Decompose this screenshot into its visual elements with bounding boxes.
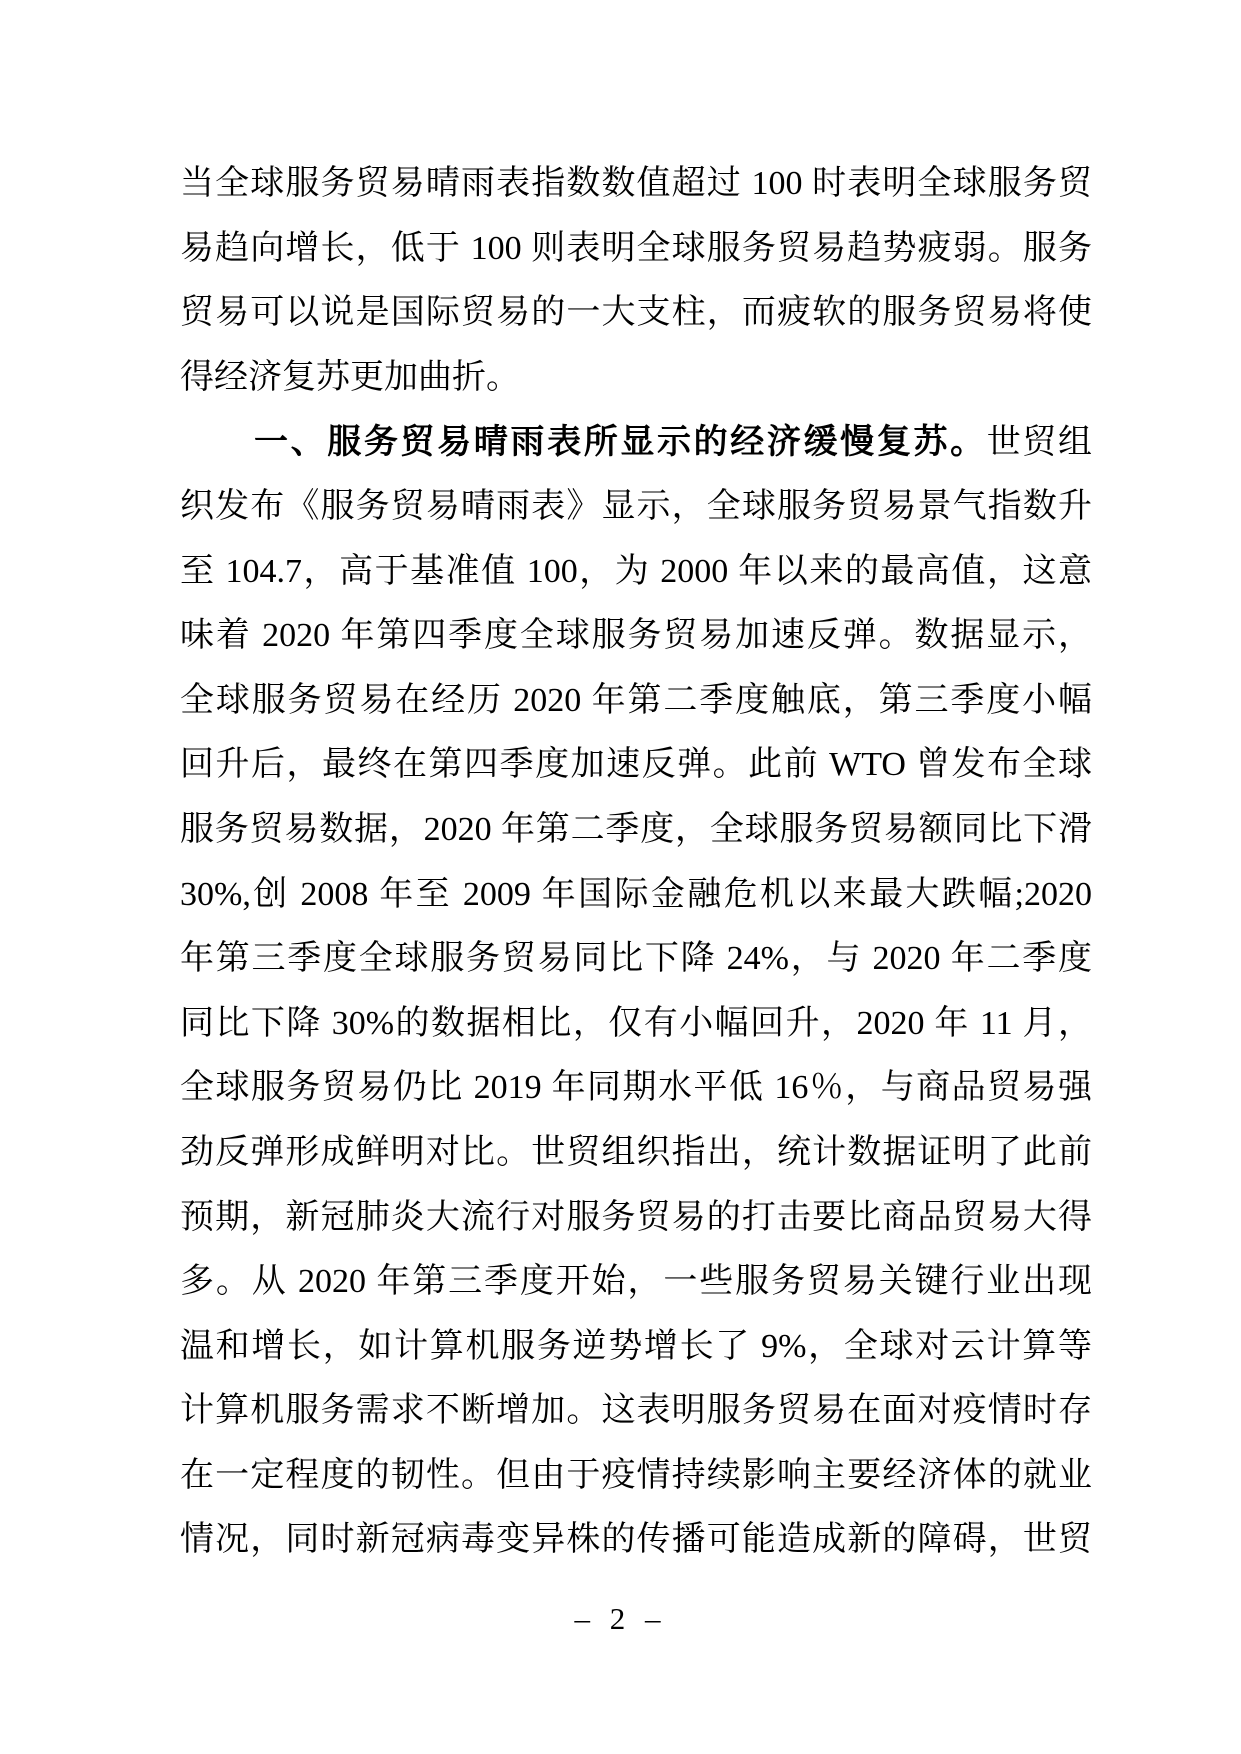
paragraph-line: 同比下降 30%的数据相比，仅有小幅回升，2020 年 11 月， [180,992,1092,1057]
paragraph-line: 年第三季度全球服务贸易同比下降 24%，与 2020 年二季度 [180,927,1092,992]
page-number: – 2 – [575,1601,667,1636]
paragraph-line: 预期，新冠肺炎大流行对服务贸易的打击要比商品贸易大得 [180,1186,1092,1251]
paragraph-line: 情况，同时新冠病毒变异株的传播可能造成新的障碍，世贸 [180,1508,1092,1573]
paragraph-line: 全球服务贸易在经历 2020 年第二季度触底，第三季度小幅 [180,669,1092,734]
paragraph-line: 味着 2020 年第四季度全球服务贸易加速反弹。数据显示， [180,604,1092,669]
paragraph-line: 贸易可以说是国际贸易的一大支柱，而疲软的服务贸易将使 [180,281,1092,346]
paragraph-line: 至 104.7，高于基准值 100，为 2000 年以来的最高值，这意 [180,540,1092,605]
document-page: 当全球服务贸易晴雨表指数数值超过 100 时表明全球服务贸 易趋向增长，低于 1… [0,0,1241,1754]
paragraph-line: 劲反弹形成鲜明对比。世贸组织指出，统计数据证明了此前 [180,1121,1092,1186]
paragraph-line: 得经济复苏更加曲折。 [180,346,1092,411]
heading-line-rest: 世贸组 [987,424,1092,461]
paragraph-line: 当全球服务贸易晴雨表指数数值超过 100 时表明全球服务贸 [180,152,1092,217]
paragraph-line: 易趋向增长，低于 100 则表明全球服务贸易趋势疲弱。服务 [180,217,1092,282]
page-footer: – 2 – [0,1601,1241,1637]
paragraph-line: 回升后，最终在第四季度加速反弹。此前 WTO 曾发布全球 [180,733,1092,798]
document-body: 当全球服务贸易晴雨表指数数值超过 100 时表明全球服务贸 易趋向增长，低于 1… [180,152,1092,1573]
paragraph-line: 计算机服务需求不断增加。这表明服务贸易在面对疫情时存 [180,1379,1092,1444]
paragraph-line: 在一定程度的韧性。但由于疫情持续影响主要经济体的就业 [180,1444,1092,1509]
paragraph-line: 30%,创 2008 年至 2009 年国际金融危机以来最大跌幅;2020 [180,863,1092,928]
paragraph-line: 全球服务贸易仍比 2019 年同期水平低 16％，与商品贸易强 [180,1056,1092,1121]
paragraph-line: 多。从 2020 年第三季度开始，一些服务贸易关键行业出现 [180,1250,1092,1315]
paragraph-line: 一、服务贸易晴雨表所显示的经济缓慢复苏。世贸组 [180,410,1092,475]
paragraph-line: 温和增长，如计算机服务逆势增长了 9%，全球对云计算等 [180,1315,1092,1380]
paragraph-line: 服务贸易数据，2020 年第二季度，全球服务贸易额同比下滑 [180,798,1092,863]
paragraph-line: 织发布《服务贸易晴雨表》显示，全球服务贸易景气指数升 [180,475,1092,540]
section-heading: 一、服务贸易晴雨表所显示的经济缓慢复苏。 [254,423,987,461]
